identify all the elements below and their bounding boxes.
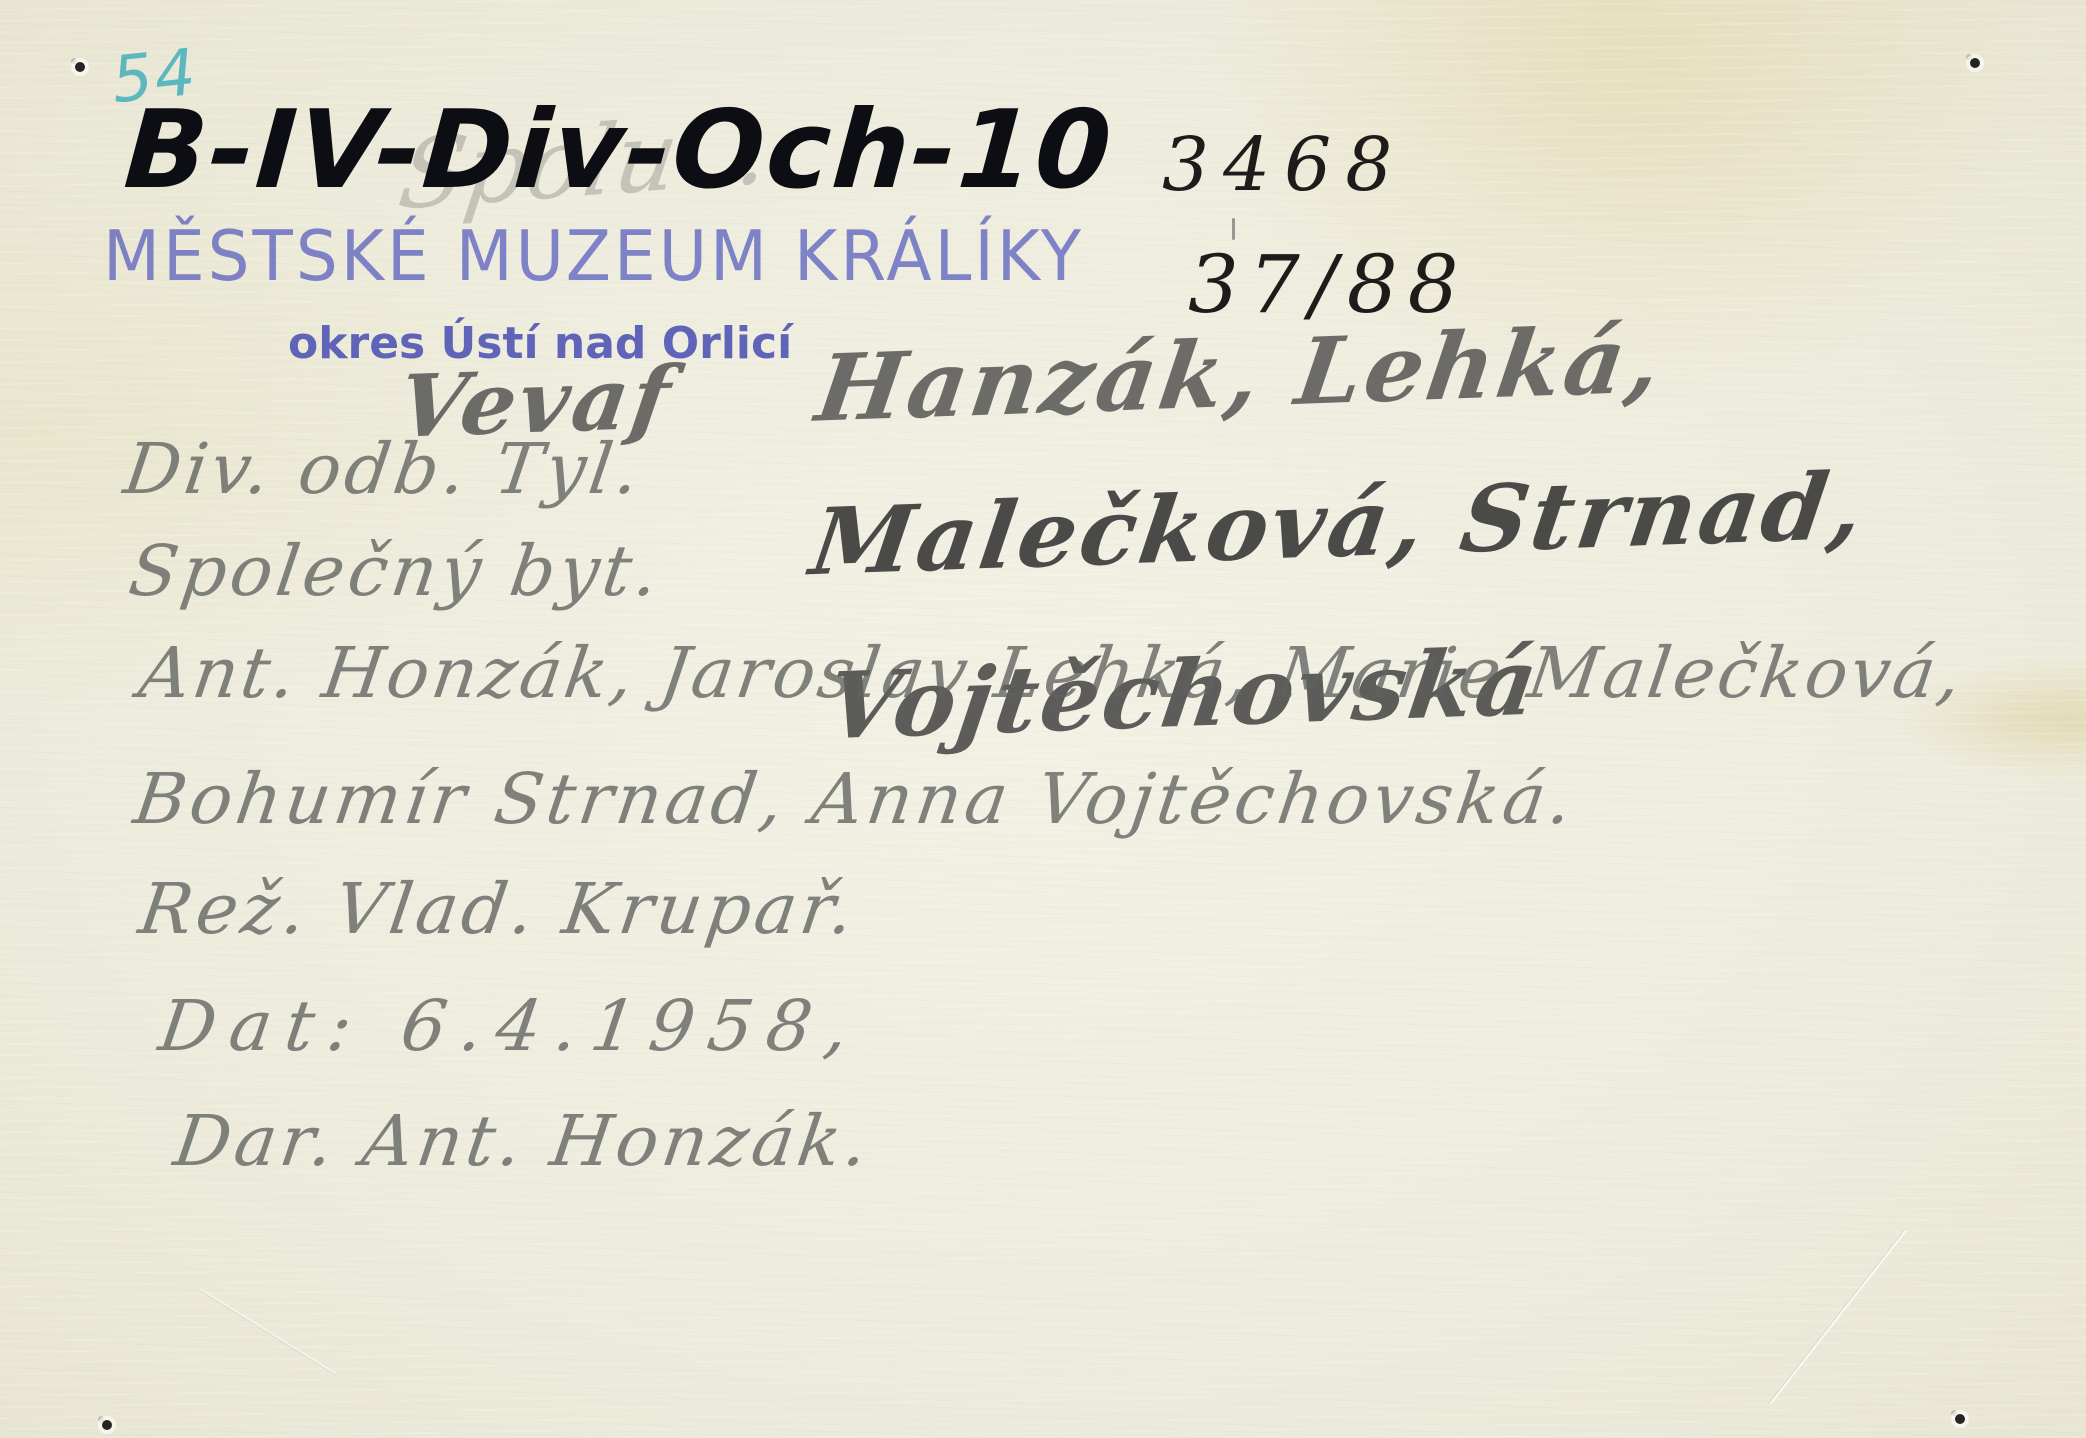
pin-hole-bottom-left <box>102 1420 112 1430</box>
body-line-cast-2: Bohumír Strnad, Anna Vojtěchovská. <box>129 758 1581 840</box>
body-line-theatre: Div. odb. Tyl. <box>119 428 648 510</box>
pin-hole-top-right <box>1970 58 1980 68</box>
catalog-tick <box>1232 218 1235 240</box>
museum-stamp-line1: MĚSTSKÉ MUZEUM KRÁLÍKY <box>103 216 1084 297</box>
body-line-title: Společný byt. <box>124 530 667 612</box>
overlay-line-1: Hanzák, Lehká, <box>810 305 1671 442</box>
pin-hole-bottom-right <box>1955 1414 1965 1424</box>
archival-card: Spolu ... 54 B-IV-Div-Och-10 MĚSTSKÉ MUZ… <box>0 0 2086 1438</box>
catalog-number: 3468 <box>1162 122 1406 208</box>
overlay-line-2: Malečková, Strnad, <box>804 452 1873 596</box>
paper-crease-right <box>1770 1230 1907 1405</box>
body-line-donor: Dar. Ant. Honzák. <box>169 1100 876 1182</box>
body-line-date: Dat: 6.4.1958, <box>154 985 867 1067</box>
body-line-director: Rež. Vlad. Krupař. <box>134 868 862 950</box>
paper-crease-bottom-left <box>200 1288 337 1374</box>
inventory-code: B-IV-Div-Och-10 <box>121 88 1117 213</box>
body-line-cast-1: Ant. Honzák, Jaroslav Lehká, Marie Maleč… <box>134 632 1969 714</box>
pin-hole-top-left <box>75 62 85 72</box>
